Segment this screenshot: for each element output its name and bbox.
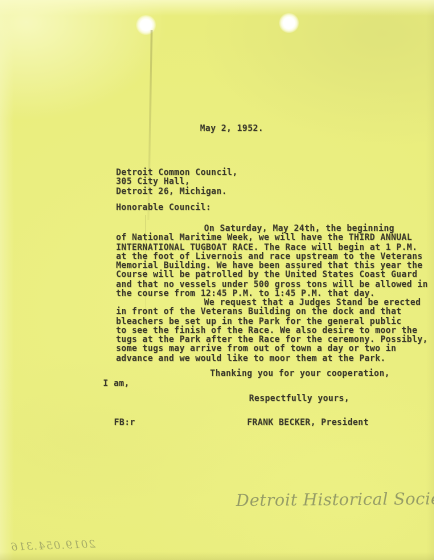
- signature: FRANK BECKER, President: [247, 419, 369, 428]
- valediction: Respectfully yours,: [249, 395, 349, 404]
- body-paragraph-1: On Saturday, May 24th, the beginning of …: [116, 225, 428, 299]
- punch-hole-left: [136, 15, 156, 35]
- recipient-address: Detroit Common Council, 305 City Hall, D…: [116, 169, 238, 197]
- letter-page: May 2, 1952. Detroit Common Council, 305…: [0, 0, 434, 560]
- accession-number-mirrored: 2019.054.316: [10, 539, 96, 554]
- closing-phrase: Thanking you for your cooperation,: [210, 370, 390, 379]
- archive-watermark: Detroit Historical Society: [236, 489, 434, 510]
- reference-initials: FB:r: [114, 419, 135, 428]
- letter-date: May 2, 1952.: [200, 125, 263, 134]
- body-paragraph-2: We request that a Judges Stand be erecte…: [116, 299, 428, 364]
- punch-hole-right: [279, 13, 299, 33]
- closing-continuation: I am,: [103, 380, 129, 389]
- salutation: Honorable Council:: [116, 204, 211, 213]
